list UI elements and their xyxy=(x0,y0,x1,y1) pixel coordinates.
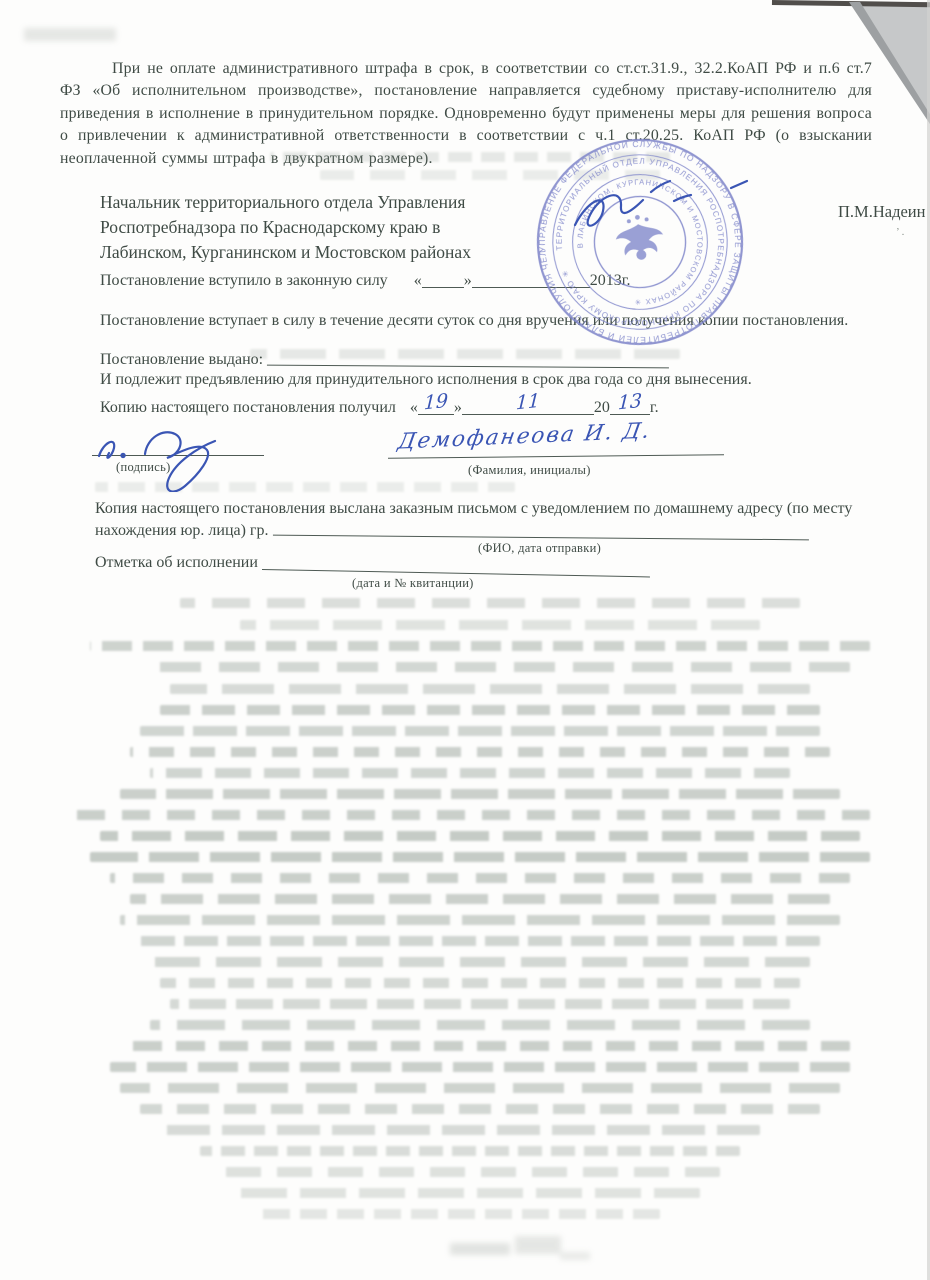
scan-smudge xyxy=(450,1243,510,1255)
quote-close: » xyxy=(464,272,472,289)
effective-period-text: Постановление вступает в силу в течение … xyxy=(100,310,880,331)
force-prefix: Постановление вступило в законную силу xyxy=(100,272,388,289)
execution-caption: (дата и № квитанции) xyxy=(352,576,474,591)
bleedthrough-text-line xyxy=(200,1146,740,1156)
bleedthrough-text-line xyxy=(180,598,800,608)
bleedthrough-text-line xyxy=(100,831,860,841)
handwritten-month: 11 xyxy=(462,384,594,420)
bleedthrough-text-line xyxy=(170,999,790,1009)
bleedthrough-text-line xyxy=(110,1062,850,1072)
official-title-line-3: Лабинском, Курганинском и Мостовском рай… xyxy=(100,240,580,265)
official-title-line-1: Начальник территориального отдела Управл… xyxy=(100,190,580,215)
force-day-blank xyxy=(422,272,464,288)
bleedthrough-text-line xyxy=(220,1167,720,1177)
bleedthrough-text-line xyxy=(170,684,810,694)
bleedthrough-text-line xyxy=(120,1083,840,1093)
scan-smudge xyxy=(515,1236,561,1254)
bleedthrough-text-line xyxy=(120,915,840,925)
handwritten-day: 19 xyxy=(417,389,454,415)
bleedthrough-text-line xyxy=(70,810,870,820)
execution-blank xyxy=(262,554,650,577)
mailed-copy-line: Копия настоящего постановления выслана з… xyxy=(95,498,917,542)
bleedthrough-text-line xyxy=(140,1104,820,1114)
bleedthrough-text-line xyxy=(130,747,830,757)
bleedthrough-text-line xyxy=(140,936,820,946)
bleedthrough-text-line xyxy=(150,957,810,967)
official-signature-ink xyxy=(545,150,765,270)
enforcement-term-text: И подлежит предъявлению для принудительн… xyxy=(100,371,900,389)
scan-smudge xyxy=(24,28,116,41)
bleedthrough-text-line xyxy=(90,641,870,651)
bleedthrough-text-line xyxy=(120,789,840,799)
bleedthrough-text-line xyxy=(160,1125,760,1135)
scanned-document-page: ’ . При не оплате административного штра… xyxy=(0,0,930,1280)
surname-caption: (Фамилия, инициалы) xyxy=(468,463,591,478)
bleedthrough-text-line xyxy=(90,852,870,862)
bleedthrough-text-line xyxy=(240,620,760,630)
bleedthrough-text-line xyxy=(160,705,820,715)
scan-speck: ’ . xyxy=(896,226,904,238)
received-month-blank: 11 xyxy=(462,399,594,415)
bleedthrough-text-line xyxy=(140,726,820,736)
bleedthrough-text-line xyxy=(130,894,830,904)
bleedthrough-text-line xyxy=(260,1209,660,1219)
bleedthrough-text-line xyxy=(160,978,800,988)
issued-label: Постановление выдано: xyxy=(100,351,263,368)
handwritten-year: 13 xyxy=(609,389,650,415)
signatory-name: П.М.Надеин xyxy=(838,202,925,222)
bleedthrough-text-line xyxy=(150,768,790,778)
handwritten-surname: Демофанеова И. Д. xyxy=(396,418,653,454)
bleedthrough-text-line xyxy=(130,1041,850,1051)
scan-smudge xyxy=(560,1252,590,1260)
received-century: 20 xyxy=(594,399,610,416)
bleedthrough-text-line xyxy=(150,662,850,672)
mailed-blank xyxy=(272,520,808,541)
received-day-blank: 19 xyxy=(418,399,454,415)
execution-label: Отметка об исполнении xyxy=(95,554,258,571)
recipient-signature-ink xyxy=(85,412,315,492)
bleedthrough-text-line xyxy=(150,1020,810,1030)
official-title-line-2: Роспотребнадзора по Краснодарскому краю … xyxy=(100,215,580,240)
execution-line: Отметка об исполнении xyxy=(95,554,650,572)
quote-close: » xyxy=(454,399,462,416)
received-suffix: г. xyxy=(650,399,659,416)
received-year-blank: 13 xyxy=(610,399,650,415)
bleedthrough-text-line xyxy=(240,1188,700,1198)
surname-rule xyxy=(388,454,724,459)
quote-open: « xyxy=(414,272,422,289)
bleedthrough-text-line xyxy=(110,873,850,883)
